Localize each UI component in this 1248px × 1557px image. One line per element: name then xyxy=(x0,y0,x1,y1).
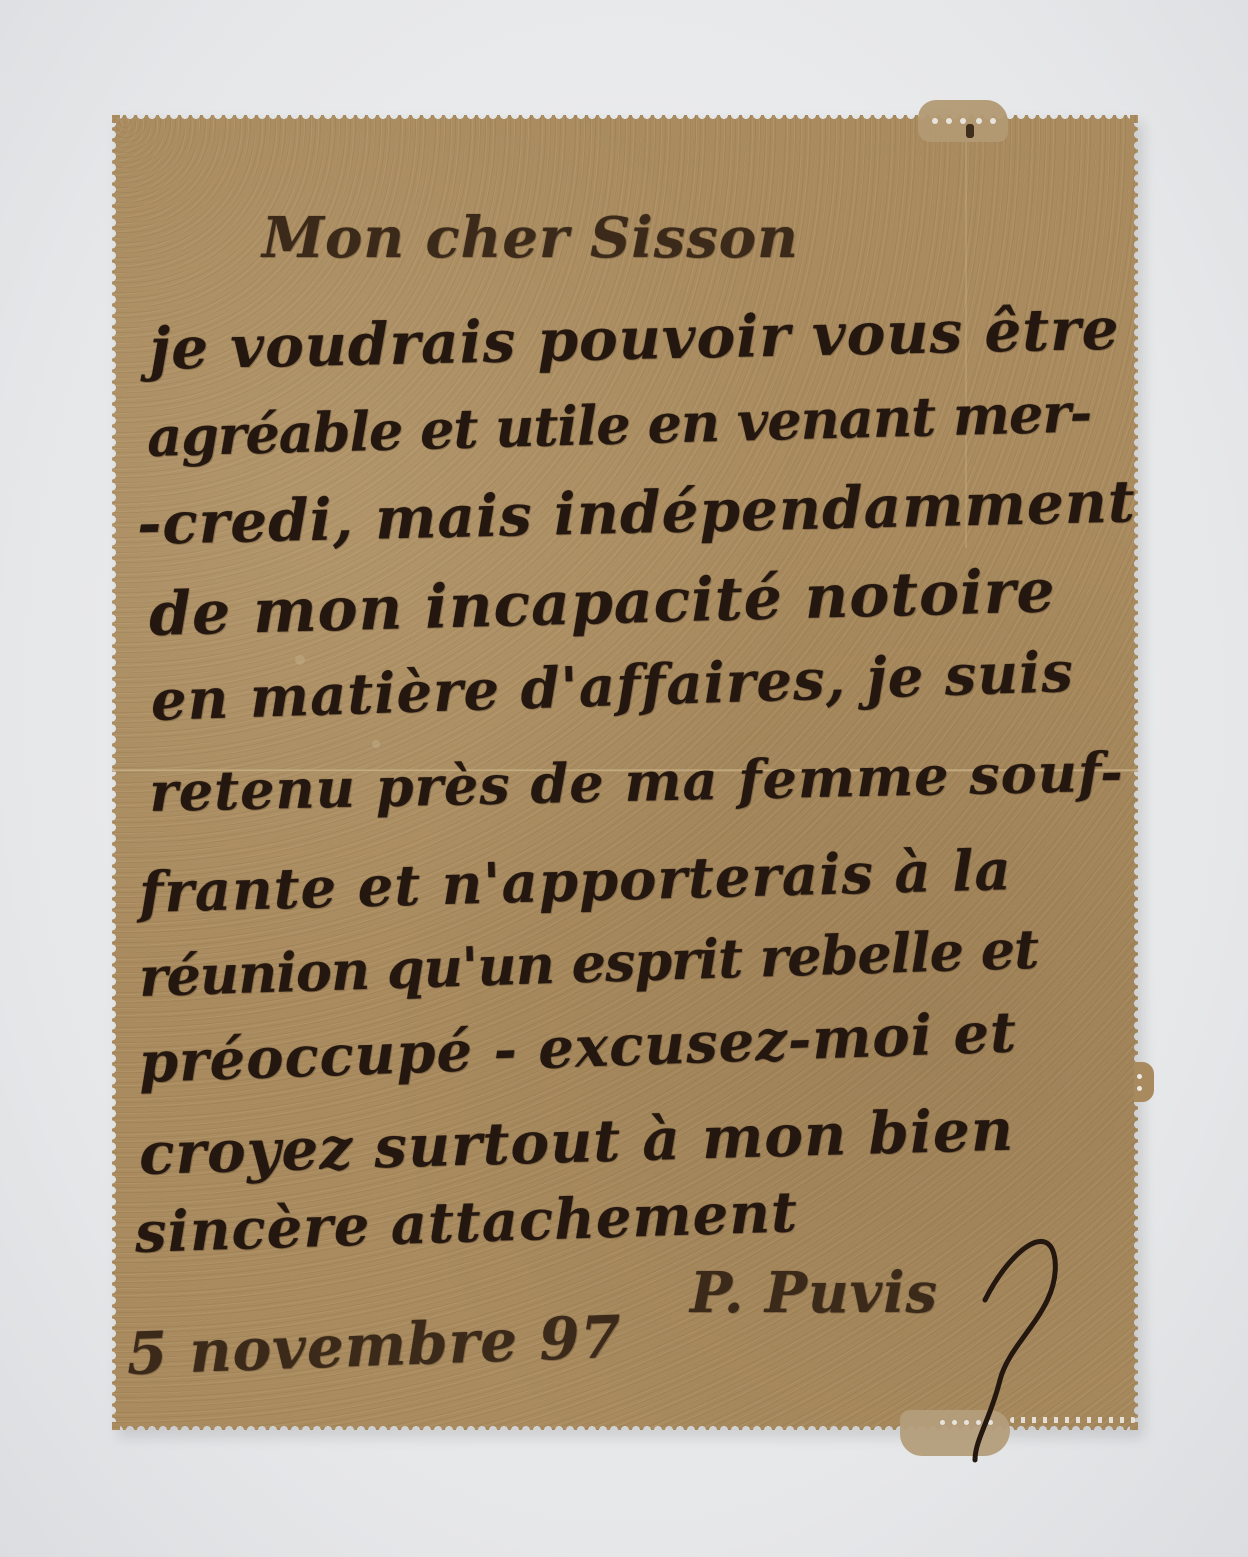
salutation: Mon cher Sisson xyxy=(262,205,799,271)
torn-tab-top xyxy=(918,100,1008,142)
signature: P. Puvis xyxy=(690,1260,938,1326)
torn-tab-right xyxy=(1134,1062,1154,1102)
paper-spot xyxy=(372,740,380,748)
perforation-bottom xyxy=(1010,1417,1136,1423)
torn-tab-bottom xyxy=(900,1410,1010,1456)
